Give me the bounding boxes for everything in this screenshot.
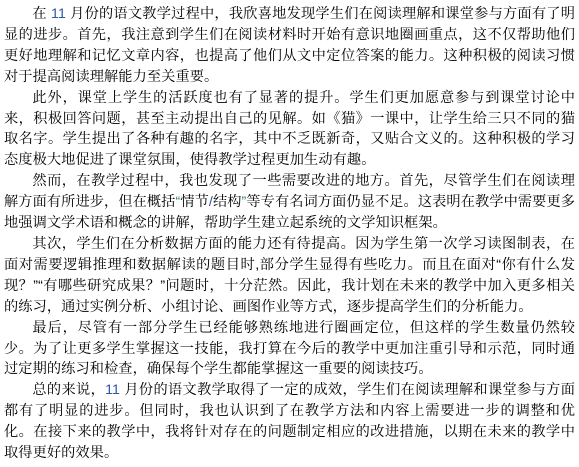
paragraph-text: 月份的语文教学过程中，我欣喜地发现学生们在阅读理解和课堂参与方面有了明显的进步。… — [4, 6, 575, 85]
paragraph-classroom-activity: 此外，课堂上学生的活跃度也有了显著的提升。学生们更加愿意参与到课堂讨论中来，积极… — [4, 88, 575, 172]
month-number: 11 — [105, 382, 120, 398]
term-plot: 情节 — [180, 194, 209, 210]
document-body: 在 11 月份的语文教学过程中，我欣喜地发现学生们在阅读理解和课堂参与方面有了明… — [4, 4, 575, 464]
paragraph-summary: 总的来说，11 月份的语文教学取得了一定的成效，学生们在阅读理解和课堂参与方面都… — [4, 380, 575, 464]
term-structure: 结构 — [213, 194, 242, 210]
document-page: 在 11 月份的语文教学过程中，我欣喜地发现学生们在阅读理解和课堂参与方面有了明… — [0, 0, 579, 467]
paragraph-circling-skill: 最后，尽管有一部分学生已经能够熟练地进行圈画定位，但这样的学生数量仍然较少。为了… — [4, 318, 575, 381]
paragraph-improvement-areas: 然而，在教学过程中，我也发现了一些需要改进的地方。首先，尽管学生们在阅读理解方面… — [4, 171, 575, 234]
paragraph-text: 此外，课堂上学生的活跃度也有了显著的提升。学生们更加愿意参与到课堂讨论中来，积极… — [4, 90, 575, 169]
paragraph-text: 最后，尽管有一部分学生已经能够熟练地进行圈画定位，但这样的学生数量仍然较少。为了… — [4, 320, 575, 378]
paragraph-text: 在 — [32, 6, 51, 22]
month-number: 11 — [51, 6, 66, 22]
paragraph-text: 其次，学生们在分析数据方面的能力还有待提高。因为学生第一次学习读图制表，在面对需… — [4, 236, 575, 315]
paragraph-intro: 在 11 月份的语文教学过程中，我欣喜地发现学生们在阅读理解和课堂参与方面有了明… — [4, 4, 575, 88]
paragraph-text: 总的来说， — [32, 382, 105, 398]
paragraph-data-analysis: 其次，学生们在分析数据方面的能力还有待提高。因为学生第一次学习读图制表，在面对需… — [4, 234, 575, 318]
